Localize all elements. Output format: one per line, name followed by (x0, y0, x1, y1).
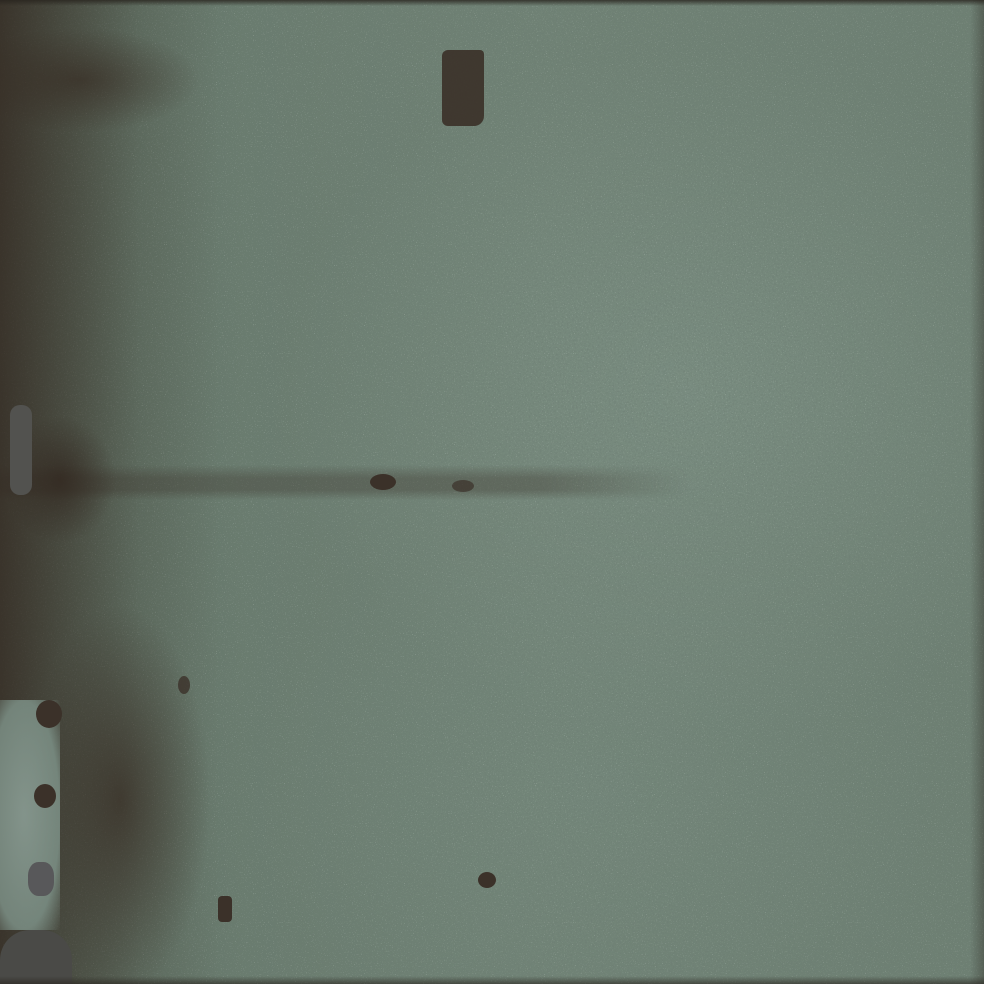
stain-spot (218, 896, 232, 922)
tile-edge-right (970, 0, 984, 984)
pale-glaze-patch (0, 700, 60, 930)
glaze-chip (10, 405, 32, 495)
tile-edge-bottom (0, 976, 984, 984)
stain-spot (34, 784, 56, 808)
glaze-chip (28, 862, 54, 896)
tile-edge-top (0, 0, 984, 6)
bottom-left-stain (0, 0, 984, 984)
stain-spot (370, 474, 396, 490)
top-dark-mark (442, 50, 484, 126)
stain-spot (452, 480, 474, 492)
ceramic-tile-texture (0, 0, 984, 984)
stain-spot (36, 700, 62, 728)
stain-spot (178, 676, 190, 694)
stain-spot (478, 872, 496, 888)
